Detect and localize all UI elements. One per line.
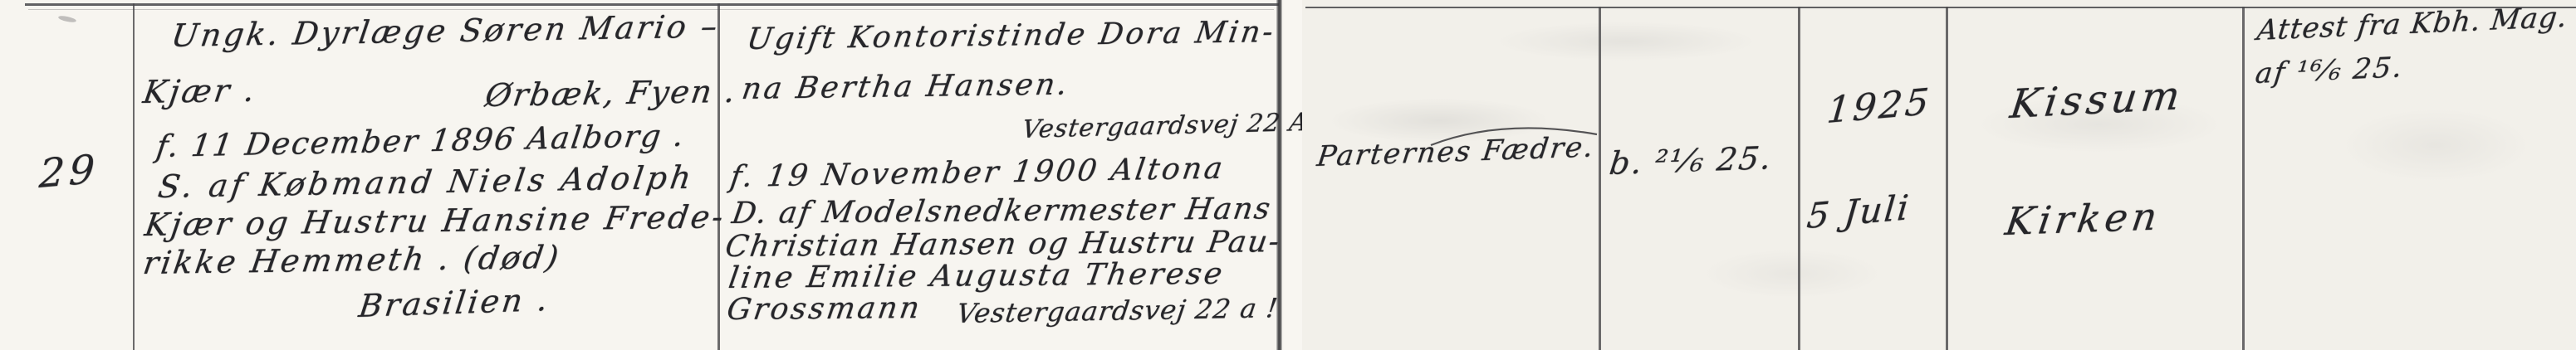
column-divider-witnesses: [1599, 7, 1601, 350]
wedding-year: 1925: [1825, 84, 1932, 129]
remarks-line-1: Attest fra Kbh. Mag.: [2255, 3, 2569, 45]
left-page-fragment: 29 Ungk. Dyrlæge Søren Mario – Kjær . Ør…: [0, 0, 1284, 350]
bride-address-1: Vestergaardsvej 22 A: [1021, 110, 1310, 143]
groom-parents-2: Kjær og Hustru Hansine Frede-: [143, 201, 727, 241]
groom-line-1: Ungk. Dyrlæge Søren Mario –: [169, 11, 722, 51]
bleed-through-mark: [2340, 108, 2531, 182]
groom-parents-3: rikke Hemmeth . (død): [141, 241, 563, 279]
ink-speck: [58, 15, 77, 23]
banns-date: b. ²¹⁄₆ 25.: [1608, 142, 1775, 179]
bride-birth: f. 19 November 1900 Altona: [728, 154, 1227, 192]
groom-parents-1: S. af Købmand Niels Adolph: [156, 162, 696, 202]
groom-name-cont: Kjær .: [141, 75, 259, 108]
groom-residence: Ørbæk, Fyen .: [483, 75, 739, 111]
bride-line-2: na Bertha Hansen.: [740, 70, 1071, 105]
church-name: Kissum: [2008, 75, 2186, 124]
bride-parents-4: Grossmann: [725, 294, 923, 325]
bride-entry: Ugift Kontoristinde Dora Min- na Bertha …: [720, 0, 1276, 350]
bride-parents-1: D. af Modelsnedkermester Hans: [730, 194, 1274, 229]
wedding-day: 5 Juli: [1805, 190, 1912, 234]
bride-parents-3: line Emilie Augusta Therese: [727, 260, 1227, 294]
groom-birth: f. 11 December 1896 Aalborg .: [154, 120, 687, 162]
scan-canvas: 29 Ungk. Dyrlæge Søren Mario – Kjær . Ør…: [0, 0, 2576, 350]
right-page-fragment: Parternes Fædre. b. ²¹⁄₆ 25. 1925 5 Juli…: [1302, 0, 2576, 350]
witnesses-note: Parternes Fædre.: [1315, 133, 1596, 171]
groom-note: Brasilien .: [357, 284, 552, 322]
column-divider-church: [2242, 7, 2245, 350]
column-divider-date: [1946, 7, 1948, 350]
church-name-line2: Kirken: [2003, 197, 2163, 241]
column-divider-banns: [1798, 7, 1800, 350]
bleed-through-mark: [1701, 249, 1883, 299]
bleed-through-mark: [1493, 22, 1759, 61]
groom-entry: Ungk. Dyrlæge Søren Mario – Kjær . Ørbæk…: [135, 0, 717, 350]
remarks-line-2: af ¹⁶⁄₆ 25.: [2254, 53, 2405, 88]
row-number: 29: [38, 149, 100, 194]
bride-address-2: Vestergaardsvej 22 a !: [955, 294, 1280, 327]
bride-line-1: Ugift Kontoristinde Dora Min-: [745, 17, 1277, 55]
